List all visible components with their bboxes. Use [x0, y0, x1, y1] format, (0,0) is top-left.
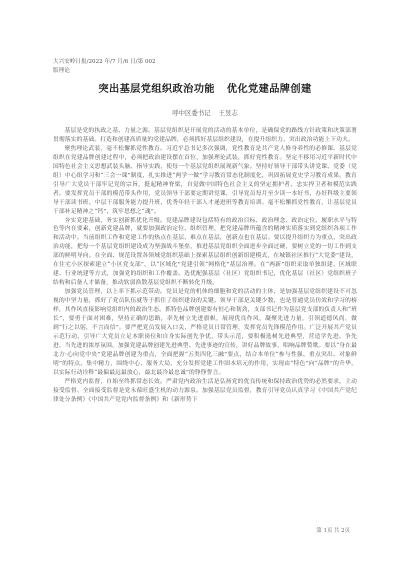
paragraph-3: 夯实党建基础，务实创新抓优化升级。党建品牌建设包括特有的政治目标、政治理念、政治…: [53, 217, 357, 289]
title-part-1: 突出基层党组织政治功能: [98, 84, 214, 95]
page-indicator: 第 1页 共 2页: [316, 526, 350, 534]
paragraph-5: 严格党内监督，自始至终抓常态长效。严肃党内政治生活是弘扬党的优良传统和保持政治优…: [53, 378, 357, 405]
section-line: 版理论: [53, 67, 156, 76]
document-page: 大兴安岭日报/2022 年/7 月/6 日/第 002 版理论 突出基层党组织政…: [0, 0, 410, 580]
source-line: 大兴安岭日报/2022 年/7 月/6 日/第 002: [53, 58, 156, 67]
paragraph-1: 基层是党的执政之基、力量之源。基层党组织是开展党的活动的基本单位，是确保党的路线…: [53, 127, 357, 145]
article-byline: 呼中区委书记王昱志: [0, 108, 410, 117]
byline-role: 呼中区委书记: [172, 109, 210, 117]
byline-name: 王昱志: [219, 109, 238, 117]
title-part-2: 优化党建品牌创建: [227, 84, 312, 95]
article-body: 基层是党的执政之基、力量之源。基层党组织是开展党的活动的基本单位，是确保党的路线…: [53, 127, 357, 405]
paragraph-2: 聚焦理论武装，毫不松懈抓党性教育。习近平总书记多次强调，党性教育是共产党人修身养…: [53, 145, 357, 217]
paragraph-4: 加强党员管理，以上率下抓示范带动。党员是党的机体的细胞和党的活动的主体，是加强基…: [53, 288, 357, 378]
publication-meta: 大兴安岭日报/2022 年/7 月/6 日/第 002 版理论: [53, 58, 156, 75]
article-title: 突出基层党组织政治功能优化党建品牌创建: [0, 80, 410, 95]
